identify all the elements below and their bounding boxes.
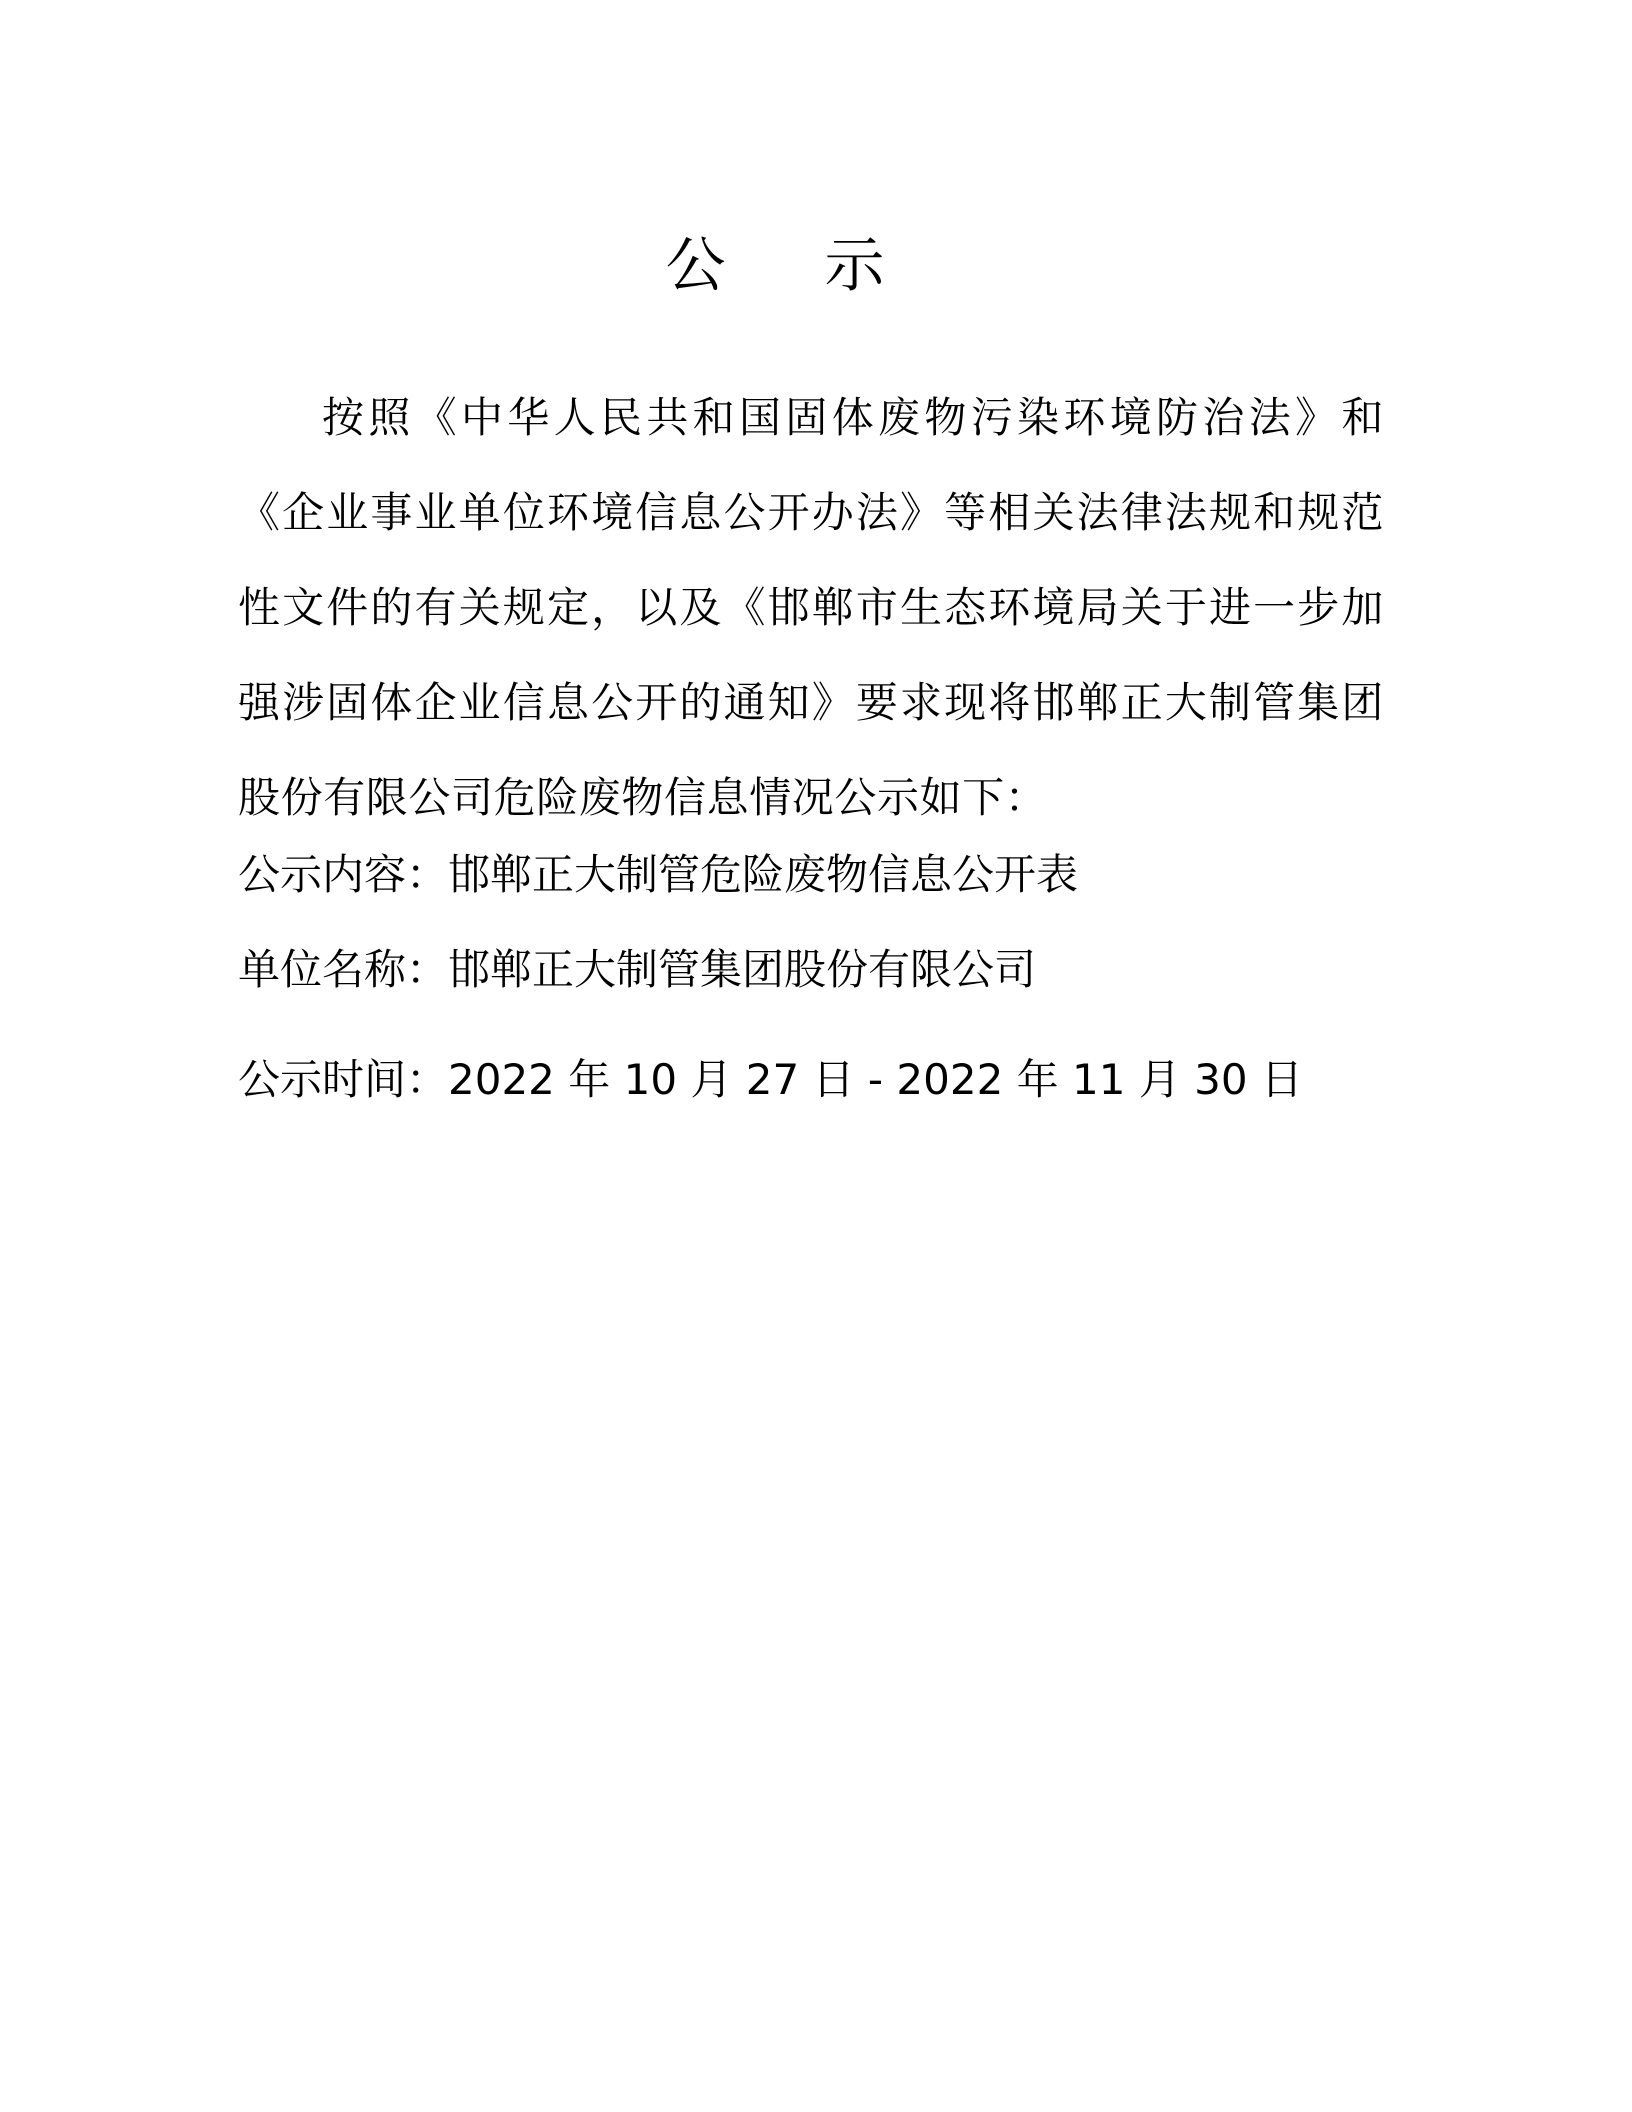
document-page: 公 示 按照《中华人民共和国固体废物污染环境防治法》和《企业事业单位环境信息公开… xyxy=(0,0,1632,2112)
info-label-publish-time: 公示时间： xyxy=(238,1055,448,1104)
info-label-content: 公示内容： xyxy=(238,850,448,899)
page-title: 公 示 xyxy=(0,228,1550,304)
info-label-unit-name: 单位名称： xyxy=(238,945,448,994)
info-line-unit-name: 单位名称：邯郸正大制管集团股份有限公司 xyxy=(238,940,1036,1000)
info-line-publish-time: 公示时间：2022 年 10 月 27 日 - 2022 年 11 月 30 日 xyxy=(238,1050,1303,1110)
body-paragraph: 按照《中华人民共和国固体废物污染环境防治法》和《企业事业单位环境信息公开办法》等… xyxy=(238,370,1384,845)
info-value-publish-time: 2022 年 10 月 27 日 - 2022 年 11 月 30 日 xyxy=(448,1055,1303,1104)
info-value-content: 邯郸正大制管危险废物信息公开表 xyxy=(448,850,1078,899)
info-value-unit-name: 邯郸正大制管集团股份有限公司 xyxy=(448,945,1036,994)
info-line-content: 公示内容：邯郸正大制管危险废物信息公开表 xyxy=(238,845,1078,905)
